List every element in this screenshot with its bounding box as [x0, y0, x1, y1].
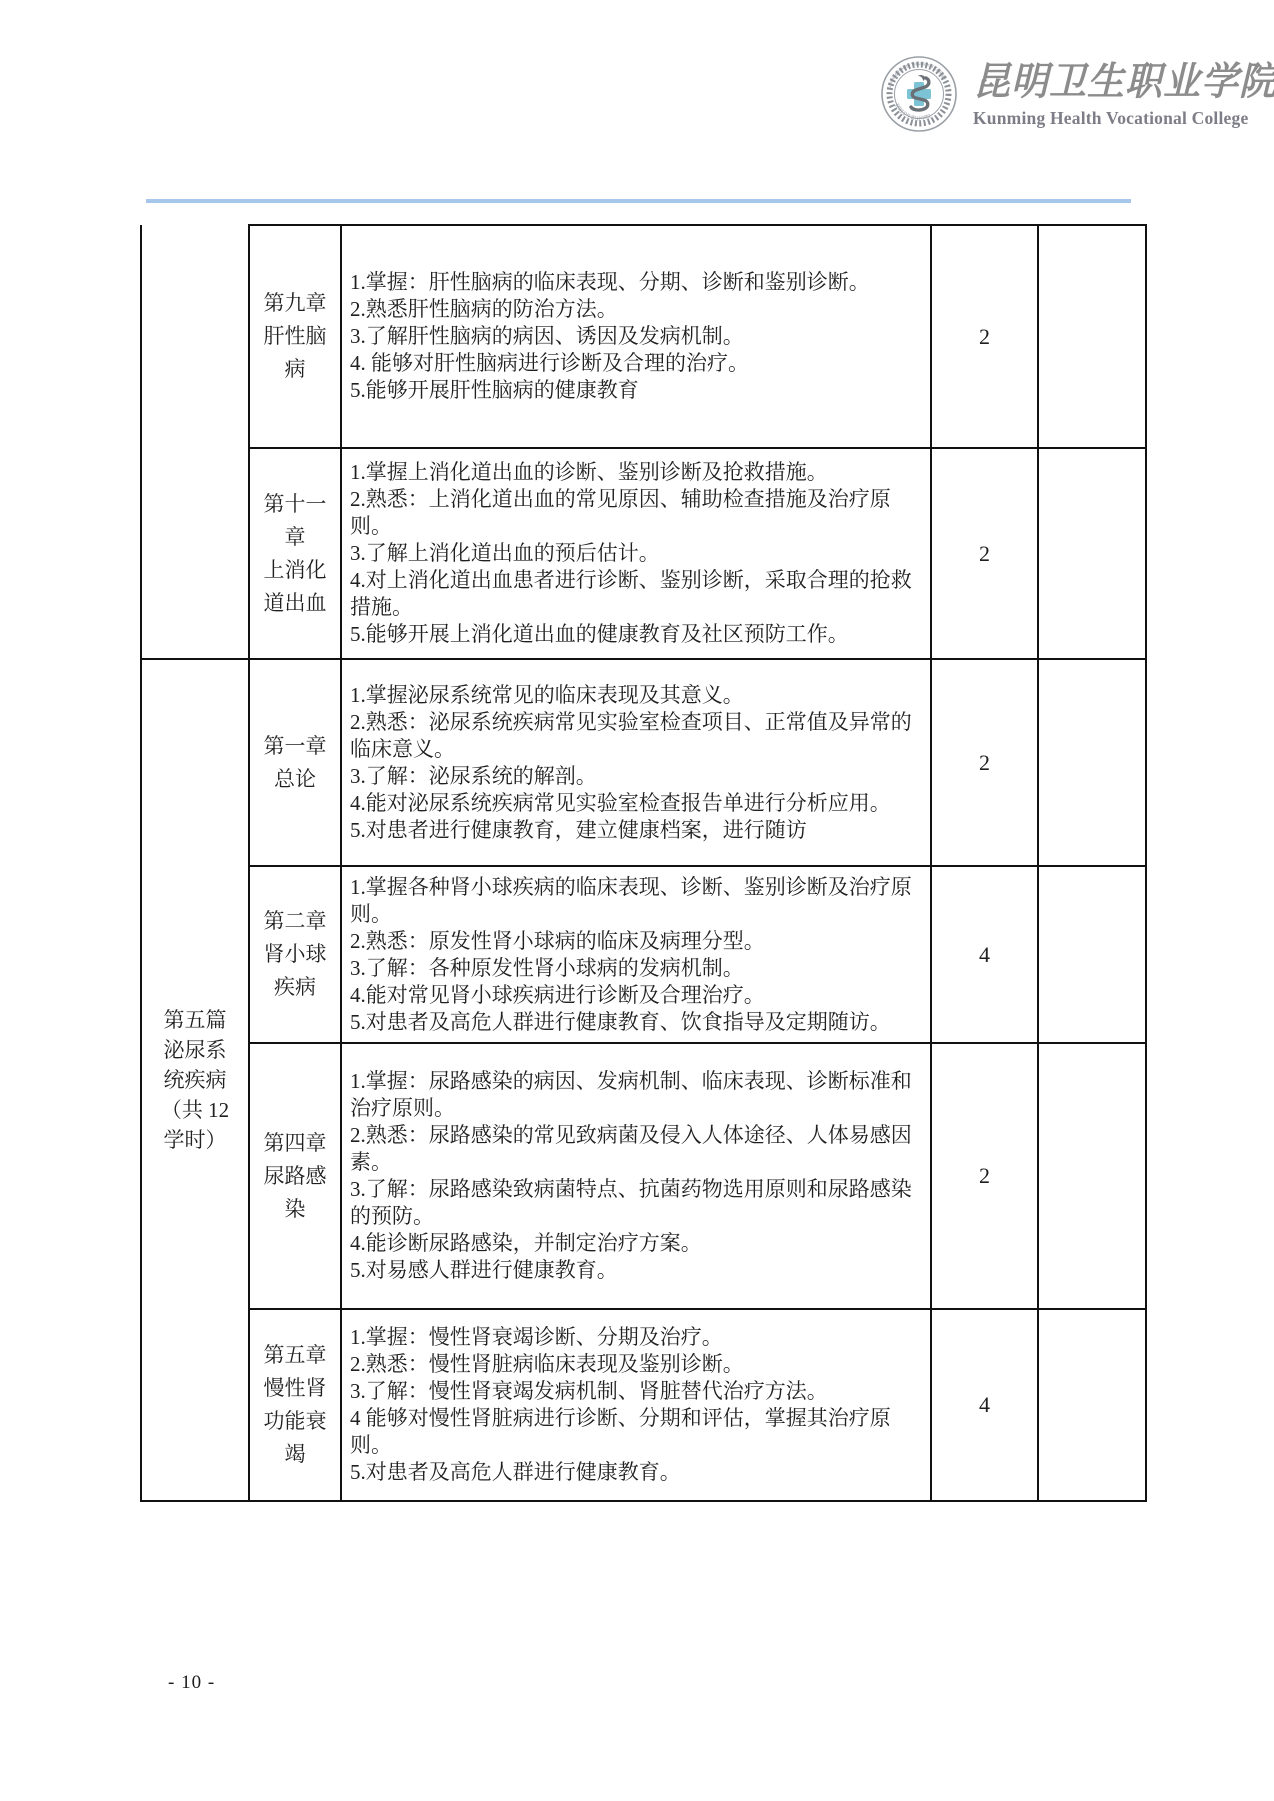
table-row: 第二章 肾小球 疾病 1.掌握各种肾小球疾病的临床表现、诊断、鉴别诊断及治疗原则… — [141, 866, 1146, 1043]
college-name-zh: 昆明卫生职业学院 — [973, 62, 1263, 104]
category-cell: 第五篇 泌尿系 统疾病 （共 12 学时） — [141, 659, 249, 1501]
category-cell-continued — [141, 225, 249, 659]
table-row: 第五篇 泌尿系 统疾病 （共 12 学时） 第一章 总论 1.掌握泌尿系统常见的… — [141, 659, 1146, 866]
remark-cell — [1038, 1043, 1146, 1309]
chapter-cell: 第九章 肝性脑 病 — [249, 225, 341, 448]
objectives-cell: 1.掌握：尿路感染的病因、发病机制、临床表现、诊断标准和治疗原则。 2.熟悉：尿… — [341, 1043, 931, 1309]
hours-cell: 2 — [931, 225, 1038, 448]
table-row: 第九章 肝性脑 病 1.掌握：肝性脑病的临床表现、分期、诊断和鉴别诊断。 2.熟… — [141, 225, 1146, 448]
objectives-cell: 1.掌握上消化道出血的诊断、鉴别诊断及抢救措施。 2.熟悉：上消化道出血的常见原… — [341, 448, 931, 659]
page-number: - 10 - — [168, 1672, 215, 1694]
remark-cell — [1038, 866, 1146, 1043]
chapter-cell: 第四章 尿路感 染 — [249, 1043, 341, 1309]
college-seal-icon: Kunming Health Vocational College 昆明卫生职业… — [880, 55, 958, 133]
syllabus-table: 第九章 肝性脑 病 1.掌握：肝性脑病的临床表现、分期、诊断和鉴别诊断。 2.熟… — [140, 224, 1147, 1502]
hours-cell: 2 — [931, 659, 1038, 866]
chapter-cell: 第二章 肾小球 疾病 — [249, 866, 341, 1043]
objectives-cell: 1.掌握泌尿系统常见的临床表现及其意义。 2.熟悉：泌尿系统疾病常见实验室检查项… — [341, 659, 931, 866]
header-divider-rule — [146, 199, 1131, 203]
chapter-cell: 第十一 章 上消化 道出血 — [249, 448, 341, 659]
table-row: 第五章 慢性肾 功能衰 竭 1.掌握：慢性肾衰竭诊断、分期及治疗。 2.熟悉：慢… — [141, 1309, 1146, 1501]
remark-cell — [1038, 1309, 1146, 1501]
hours-cell: 2 — [931, 1043, 1038, 1309]
table-row: 第四章 尿路感 染 1.掌握：尿路感染的病因、发病机制、临床表现、诊断标准和治疗… — [141, 1043, 1146, 1309]
remark-cell — [1038, 225, 1146, 448]
hours-cell: 4 — [931, 1309, 1038, 1501]
objectives-cell: 1.掌握：肝性脑病的临床表现、分期、诊断和鉴别诊断。 2.熟悉肝性脑病的防治方法… — [341, 225, 931, 448]
objectives-cell: 1.掌握：慢性肾衰竭诊断、分期及治疗。 2.熟悉：慢性肾脏病临床表现及鉴别诊断。… — [341, 1309, 931, 1501]
hours-cell: 2 — [931, 448, 1038, 659]
college-name-en: Kunming Health Vocational College — [973, 108, 1263, 129]
objectives-cell: 1.掌握各种肾小球疾病的临床表现、诊断、鉴别诊断及治疗原则。 2.熟悉：原发性肾… — [341, 866, 931, 1043]
chapter-cell: 第一章 总论 — [249, 659, 341, 866]
remark-cell — [1038, 448, 1146, 659]
remark-cell — [1038, 659, 1146, 866]
chapter-cell: 第五章 慢性肾 功能衰 竭 — [249, 1309, 341, 1501]
hours-cell: 4 — [931, 866, 1038, 1043]
table-row: 第十一 章 上消化 道出血 1.掌握上消化道出血的诊断、鉴别诊断及抢救措施。 2… — [141, 448, 1146, 659]
